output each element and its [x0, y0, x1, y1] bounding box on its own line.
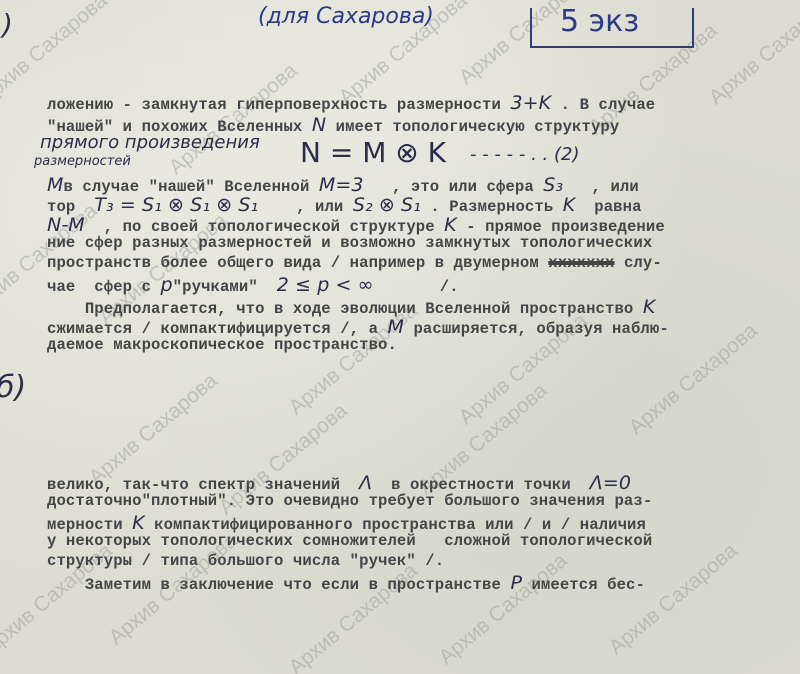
- typed-line: у некоторых топологических сомножителей …: [47, 532, 652, 550]
- handwritten-symbol: Λ: [359, 472, 372, 494]
- typed-text: чае сфер с: [47, 278, 161, 296]
- typed-line: Mв случае "нашей" Вселенной M=3 , это ил…: [47, 174, 639, 196]
- handwritten-symbol: Λ=0: [590, 472, 631, 494]
- handwritten-symbol: K: [132, 512, 145, 534]
- typed-text: пространств более общего вида / например…: [47, 254, 548, 272]
- handwritten-symbol: M: [387, 316, 404, 338]
- typed-text: у некоторых топологических сомножителей …: [47, 532, 652, 550]
- handwritten-symbol: S₂ ⊗ S₁: [353, 194, 421, 216]
- typed-text: расширяется, образуя наблю-: [404, 320, 669, 338]
- typed-line: ложению - замкнутая гиперповерхность раз…: [47, 92, 655, 114]
- watermark-text: Архив Сахарова: [705, 0, 800, 110]
- handwritten-symbol: T₃ = S₁ ⊗ S₁ ⊗ S₁: [94, 194, 258, 216]
- handwritten-symbol: K: [444, 214, 457, 236]
- handwritten-symbol: M: [47, 174, 64, 196]
- typed-line: ние сфер разных размерностей и возможно …: [47, 234, 652, 252]
- handwritten-symbol: 2 ≤ p < ∞: [277, 274, 374, 296]
- typed-line: тор T₃ = S₁ ⊗ S₁ ⊗ S₁ , или S₂ ⊗ S₁ . Ра…: [47, 194, 642, 216]
- margin-mark-top-left: ): [2, 8, 13, 41]
- equation-number: - - - - - . . (2): [470, 144, 579, 165]
- typed-line: даемое макроскопическое пространство.: [47, 336, 397, 354]
- handwritten-symbol: S₃: [543, 174, 563, 196]
- handwritten-symbol: M=3: [319, 174, 364, 196]
- handwritten-symbol: N: [312, 114, 326, 136]
- typed-text: "ручками": [173, 278, 277, 296]
- typed-line: Предполагается, что в ходе эволюции Всел…: [47, 296, 655, 318]
- typed-text: /.: [374, 278, 459, 296]
- typed-line: пространств более общего вида / например…: [47, 254, 662, 272]
- typed-line: сжимается / компактифицируется /, а M ра…: [47, 316, 669, 338]
- handwritten-symbol: N-M: [47, 214, 85, 236]
- typed-line: достаточно"плотный". Это очевидно требуе…: [47, 492, 652, 510]
- typed-line: структуры / типа большого числа "ручек" …: [47, 552, 444, 570]
- document-page: Архив СахароваАрхив СахароваАрхив Сахаро…: [0, 0, 800, 674]
- typed-line: мерности K компактифицированного простра…: [47, 512, 646, 534]
- typed-text: . В случае: [551, 96, 655, 114]
- typed-text: ние сфер разных размерностей и возможно …: [47, 234, 652, 252]
- handwritten-symbol: P: [510, 572, 522, 594]
- typed-text: имеется бес-: [522, 576, 645, 594]
- typed-line: велико, так-что спектр значений Λ в окре…: [47, 472, 631, 494]
- typed-text: имеет топологическую структуру: [326, 118, 619, 136]
- handwritten-symbol: K: [563, 194, 576, 216]
- formula-n-equals-m-tensor-k: N = M ⊗ K: [300, 136, 446, 169]
- typed-text: ложению - замкнутая гиперповерхность раз…: [47, 96, 510, 114]
- typed-text: структуры / типа большого числа "ручек" …: [47, 552, 444, 570]
- handwritten-note-for-sakharov: (для Сахарова): [258, 4, 434, 29]
- handwritten-insertion: прямого произведения: [40, 132, 260, 153]
- copies-stamp-text: 5 экз: [560, 4, 639, 39]
- typed-text: слу-: [614, 254, 661, 272]
- typed-line: N-M , по своей топологической структуре …: [47, 214, 665, 236]
- watermark-text: Архив Сахарова: [605, 539, 743, 660]
- typed-text: даемое макроскопическое пространство.: [47, 336, 397, 354]
- typed-text: Заметим в заключение что если в простран…: [47, 576, 510, 594]
- handwritten-insertion: размерностей: [34, 154, 131, 169]
- struck-out-text: xxxxxxx: [548, 254, 614, 272]
- margin-mark-section-b: б): [0, 370, 26, 405]
- typed-text: достаточно"плотный". Это очевидно требуе…: [47, 492, 652, 510]
- handwritten-symbol: K: [643, 296, 656, 318]
- handwritten-symbol: 3+K: [510, 92, 551, 114]
- handwritten-symbol: p: [161, 274, 173, 296]
- watermark-text: Архив Сахарова: [435, 549, 573, 670]
- typed-line: Заметим в заключение что если в простран…: [47, 572, 645, 594]
- typed-line: чае сфер с p"ручками" 2 ≤ p < ∞ /.: [47, 274, 459, 296]
